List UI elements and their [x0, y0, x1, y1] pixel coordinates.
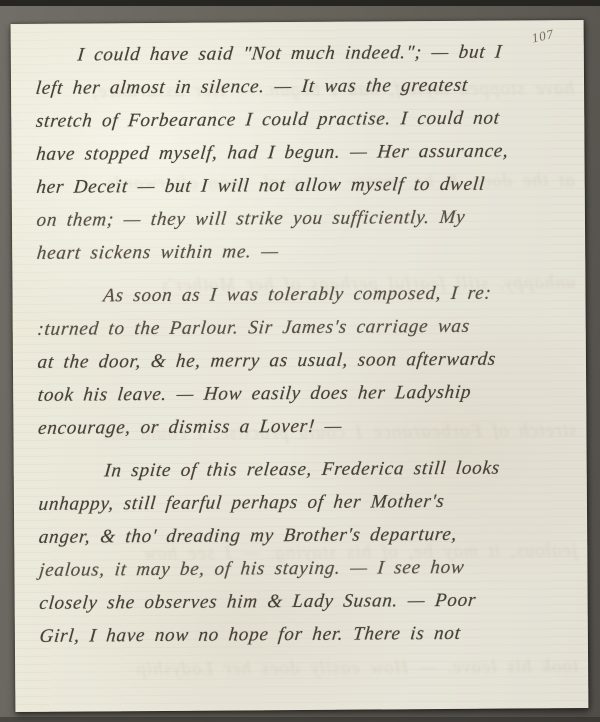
manuscript-line: Girl, I have now no hope for her. There … — [38, 616, 579, 653]
manuscript-line: As soon as I was tolerably composed, I r… — [36, 276, 577, 313]
manuscript-line: anger, & tho' dreading my Brother's depa… — [37, 517, 578, 554]
manuscript-line: her Deceit — but I will not allow myself… — [35, 167, 576, 204]
manuscript-line: In spite of this release, Frederica stil… — [37, 451, 578, 488]
manuscript-text: I could have said "Not much indeed."; — … — [34, 35, 576, 653]
manuscript-line: jealous, it may be, of his staying. — I … — [38, 550, 579, 587]
manuscript-page: have stopped myself, had I begun. — Her … — [11, 20, 589, 712]
manuscript-line: left her almost in silence. — It was the… — [34, 68, 575, 105]
manuscript-line: I could have said "Not much indeed."; — … — [34, 35, 575, 72]
photo-background: have stopped myself, had I begun. — Her … — [0, 0, 600, 722]
manuscript-line: encourage, or dismiss a Lover! — — [37, 408, 578, 445]
manuscript-line: heart sickens within me. — — [35, 233, 576, 270]
manuscript-line: unhappy, still fearful perhaps of her Mo… — [37, 484, 578, 521]
manuscript-line: at the door, & he, merry as usual, soon … — [36, 342, 577, 379]
manuscript-line: took his leave. — How easily does her La… — [36, 375, 577, 412]
manuscript-line: on them; — they will strike you sufficie… — [35, 200, 576, 237]
bleed-through-line: took his leave. — How easily does her La… — [25, 656, 578, 682]
manuscript-line: stretch of Forbearance I could practise.… — [34, 101, 575, 138]
manuscript-line: have stopped myself, had I begun. — Her … — [35, 134, 576, 171]
manuscript-line: closely she observes him & Lady Susan. —… — [38, 583, 579, 620]
manuscript-line: :turned to the Parlour. Sir James's carr… — [36, 309, 577, 346]
